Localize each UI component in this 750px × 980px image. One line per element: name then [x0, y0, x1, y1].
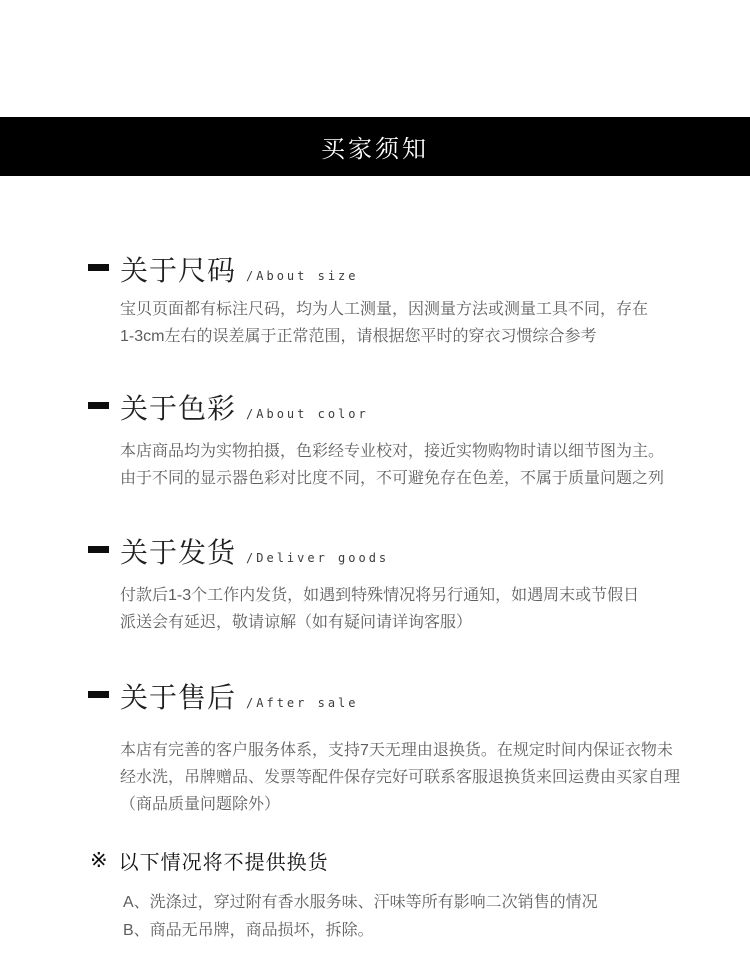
section-subtitle: /About size [246, 269, 358, 288]
body-line: 由于不同的显示器色彩对比度不同，不可避免存在色差，不属于质量问题之列 [120, 465, 688, 492]
dash-bullet-icon [88, 402, 109, 409]
section-title: 关于发货 [120, 536, 236, 570]
section-deliver-goods: 关于发货 /Deliver goods 付款后1-3个工作内发货，如遇到特殊情况… [88, 536, 688, 636]
section-subtitle: /About color [246, 407, 369, 426]
section-title: 关于售后 [120, 681, 236, 715]
body-line: （商品质量问题除外） [120, 791, 688, 818]
reference-mark-icon: ※ [90, 848, 108, 873]
no-exchange-notice: ※ 以下情况将不提供换货 A、洗涤过，穿过附有香水服务味、汗味等所有影响二次销售… [90, 846, 690, 945]
notice-item-a: A、洗涤过，穿过附有香水服务味、汗味等所有影响二次销售的情况 [123, 889, 690, 917]
notice-items: A、洗涤过，穿过附有香水服务味、汗味等所有影响二次销售的情况 B、商品无吊牌，商… [123, 889, 690, 945]
section-heading: 关于色彩 /About color [88, 392, 688, 426]
body-line: 宝贝页面都有标注尺码，均为人工测量，因测量方法或测量工具不同，存在 [120, 296, 688, 323]
section-about-size: 关于尺码 /About size 宝贝页面都有标注尺码，均为人工测量，因测量方法… [88, 254, 688, 350]
section-body: 本店有完善的客户服务体系，支持7天无理由退换货。在规定时间内保证衣物未 经水洗，… [120, 737, 688, 818]
notice-title: 以下情况将不提供换货 [119, 846, 329, 875]
section-after-sale: 关于售后 /After sale 本店有完善的客户服务体系，支持7天无理由退换货… [88, 681, 688, 818]
dash-bullet-icon [88, 264, 109, 271]
section-body: 付款后1-3个工作内发货，如遇到特殊情况将另行通知，如遇周末或节假日 派送会有延… [120, 582, 688, 636]
dash-bullet-icon [88, 546, 109, 553]
buyer-notice-header-banner: 买家须知 [0, 117, 750, 176]
notice-heading: ※ 以下情况将不提供换货 [90, 846, 690, 875]
notice-item-b: B、商品无吊牌，商品损坏，拆除。 [123, 917, 690, 945]
section-heading: 关于售后 /After sale [88, 681, 688, 715]
dash-bullet-icon [88, 691, 109, 698]
section-body: 本店商品均为实物拍摄，色彩经专业校对，接近实物购物时请以细节图为主。 由于不同的… [120, 438, 688, 492]
body-line: 本店商品均为实物拍摄，色彩经专业校对，接近实物购物时请以细节图为主。 [120, 438, 688, 465]
body-line: 1-3cm左右的误差属于正常范围，请根据您平时的穿衣习惯综合参考 [120, 323, 688, 350]
body-line: 派送会有延迟，敬请谅解（如有疑问请详询客服） [120, 609, 688, 636]
body-line: 付款后1-3个工作内发货，如遇到特殊情况将另行通知，如遇周末或节假日 [120, 582, 688, 609]
section-subtitle: /After sale [246, 696, 358, 715]
section-title: 关于尺码 [120, 254, 236, 288]
body-line: 经水洗，吊牌赠品、发票等配件保存完好可联系客服退换货来回运费由买家自理 [120, 764, 688, 791]
section-body: 宝贝页面都有标注尺码，均为人工测量，因测量方法或测量工具不同，存在 1-3cm左… [120, 296, 688, 350]
section-heading: 关于尺码 /About size [88, 254, 688, 288]
section-heading: 关于发货 /Deliver goods [88, 536, 688, 570]
page-title: 买家须知 [321, 129, 429, 164]
section-title: 关于色彩 [120, 392, 236, 426]
section-about-color: 关于色彩 /About color 本店商品均为实物拍摄，色彩经专业校对，接近实… [88, 392, 688, 492]
body-line: 本店有完善的客户服务体系，支持7天无理由退换货。在规定时间内保证衣物未 [120, 737, 688, 764]
section-subtitle: /Deliver goods [246, 551, 389, 570]
